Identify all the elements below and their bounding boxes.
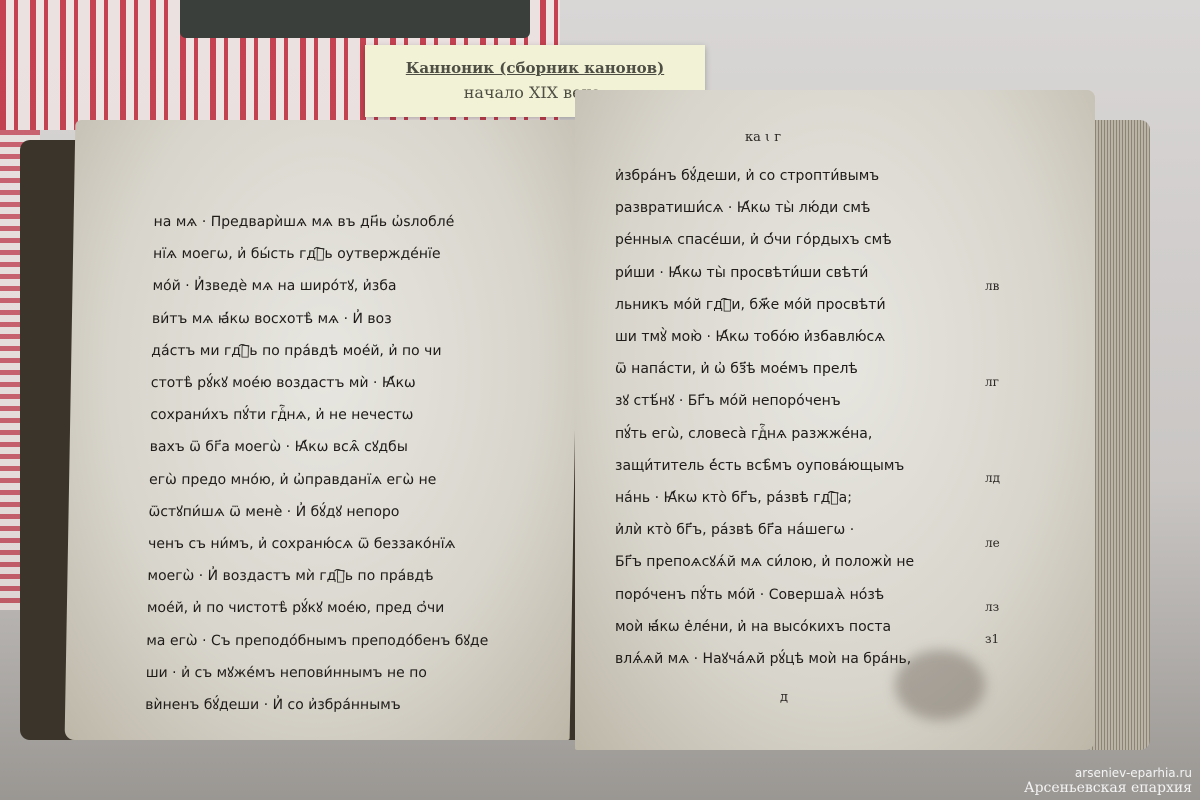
text-line: зꙋ стѣ́нꙋ · Бг҃ъ мо́й непоро́ченъ [615, 385, 914, 417]
text-line: егѡ̀ предо мно́ю, и҆ ѡ҆правданїѧ егѡ̀ не [149, 464, 492, 496]
text-line: вѝненъ бꙋ́деши · И҆ со и҆збра́ннымъ [145, 689, 488, 721]
text-line: сохрани́хъ пꙋ́ти гдⷭ҇нѧ, и҆ не нечестѡ [150, 399, 493, 431]
text-line: стотѣ̀ рꙋ́кꙋ мое́ю воздастъ мѝ · Ꙗ҆́кѡ [151, 367, 494, 399]
watermark-name: Арсеньевская епархия [1024, 780, 1192, 796]
page-stain [895, 650, 985, 720]
text-line: пꙋ́ть егѡ̀, словеса̀ гдⷭ҇нѧ разжже́на, [615, 418, 914, 450]
text-line: на мѧ · Предварѝшѧ мѧ въ дн҃ь ѡ҆ѕлобле́ [153, 206, 496, 238]
text-line: на́нь · Ꙗ҆́кѡ кто̀ бг҃ъ, ра́звѣ гдⷭ҇а; [615, 482, 914, 514]
margin-number: з1 [985, 623, 1000, 655]
text-line: льникъ мо́й гдⷭ҇и, бж҃е мо́й просвѣти́ [615, 289, 914, 321]
page-signature-mark: д [780, 690, 788, 705]
right-page: ка ꙇ г и҆збра́нъ бꙋ́деши, и҆ со стропти́… [575, 90, 1095, 750]
right-page-text: и҆збра́нъ бꙋ́деши, и҆ со стропти́вымъ ра… [615, 160, 914, 675]
text-line: нїѧ моегѡ, и҆ бы́сть гдⷭ҇ь оутвержде́нїе [153, 238, 496, 270]
text-line: поро́ченъ пꙋ́ть мо́й · Совершаѧ̀ но́зѣ [615, 579, 914, 611]
margin-numbers: лв лг лд ле лз з1 [985, 270, 1000, 655]
text-line: ре́нныѧ спасе́ши, и҆ ѻ҆́чи го́рдыхъ смѣ [615, 224, 914, 256]
text-line: ченъ съ ни́мъ, и҆ сохраню́сѧ ѿ беззако́н… [148, 528, 491, 560]
text-line: ри́ши · Ꙗ҆́кѡ ты̀ просвѣти́ши свѣти́ [615, 257, 914, 289]
text-line: да́стъ ми гдⷭ҇ь по пра́вдѣ моéй, и҆ по ч… [151, 335, 494, 367]
margin-number: лв [985, 270, 1000, 302]
margin-number: лз [985, 591, 1000, 623]
text-line: и҆лѝ кто̀ бг҃ъ, ра́звѣ бг҃а на́шегѡ · [615, 514, 914, 546]
text-line: ши тмꙋ̀ мою̀ · Ꙗ҆́кѡ тобо́ю и҆збавлю́сѧ [615, 321, 914, 353]
margin-number: лг [985, 366, 1000, 398]
text-line: Бг҃ъ препоѧсꙋѧ́й мѧ си́лою, и҆ положѝ не [615, 546, 914, 578]
left-page: на мѧ · Предварѝшѧ мѧ въ дн҃ь ѡ҆ѕлобле́ … [65, 120, 581, 740]
page-header-mark: ка ꙇ г [745, 130, 781, 145]
text-line: мо́й · И҆зведѐ мѧ на широ́тꙋ, и҆зба [152, 270, 495, 302]
text-line: влѧ́ѧй мѧ · Наꙋча́ѧй рꙋ́цѣ моѝ на бра́нь… [615, 643, 914, 675]
background-book [180, 0, 530, 38]
text-line: ма егѡ̀ · Съ преподо́бнымъ преподо́бенъ … [146, 625, 489, 657]
margin-number: ле [985, 527, 1000, 559]
text-line: вахъ ѿ бг҃а моегѡ̀ · Ꙗ҆́кѡ всѧ̑ сꙋдбы [149, 431, 492, 463]
text-line: моегѡ̀ · И҆ воздастъ мѝ гдⷭ҇ь по пра́вдѣ [147, 560, 490, 592]
text-line: мое́й, и҆ по чистотѣ̀ рꙋ́кꙋ мое́ю, пред … [147, 592, 490, 624]
watermark-url: arseniev-eparhia.ru [1024, 766, 1192, 780]
text-line: развратиши́сѧ · Ꙗ҆́кѡ ты̀ лю́ди смѣ [615, 192, 914, 224]
text-line: ѿ напа́сти, и҆ ѡ҆ бз҃ѣ мое́мъ прелѣ [615, 353, 914, 385]
text-line: ѿстꙋпи́шѧ ѿ менѐ · И҆ бꙋ́дꙋ непоро [148, 496, 491, 528]
text-line: ши · и҆ съ мꙋже́мъ непови́ннымъ не по [145, 657, 488, 689]
page-edges [1090, 120, 1150, 750]
margin-number: лд [985, 462, 1000, 494]
text-line: защи́титель е҆́сть всѣ̑мъ оупова́ющымъ [615, 450, 914, 482]
text-line: ви́тъ мѧ ꙗ҆́кѡ восхотѣ̀ мѧ · И҆ воз [152, 303, 495, 335]
open-book: на мѧ · Предварѝшѧ мѧ въ дн҃ь ѡ҆ѕлобле́ … [20, 80, 1150, 760]
text-line: и҆збра́нъ бꙋ́деши, и҆ со стропти́вымъ [615, 160, 914, 192]
left-page-text: на мѧ · Предварѝшѧ мѧ въ дн҃ь ѡ҆ѕлобле́ … [145, 206, 496, 721]
watermark: arseniev-eparhia.ru Арсеньевская епархия [1024, 766, 1192, 796]
text-line: моѝ ꙗ҆́кѡ е҆ле́ни, и҆ на высо́кихъ поста [615, 611, 914, 643]
exhibit-label-title: Канноник (сборник канонов) [365, 59, 705, 77]
